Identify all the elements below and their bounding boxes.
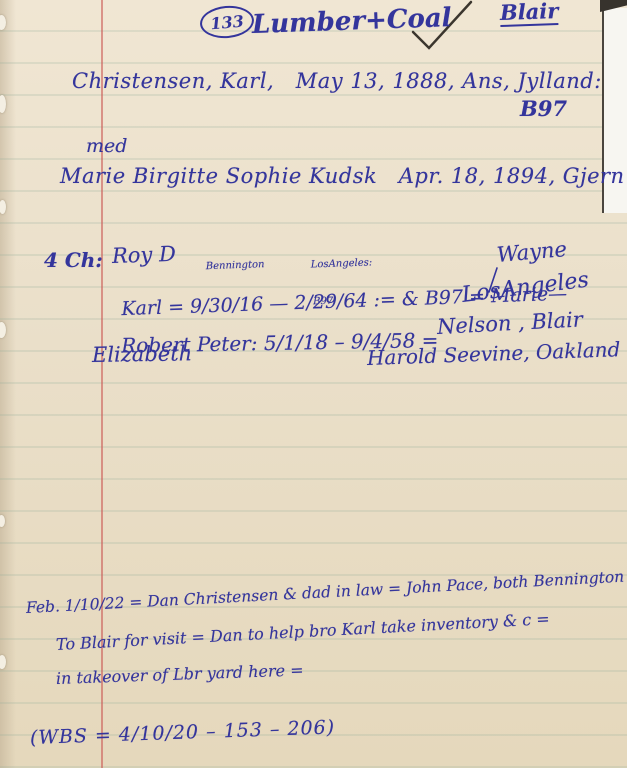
marriage-label: med	[86, 136, 127, 157]
business-heading: Lumber+Coal	[252, 4, 453, 40]
principal-ref: B97	[520, 97, 567, 120]
page-number: 133	[210, 11, 245, 33]
town-label: Blair	[500, 0, 559, 27]
notebook-page: 133 Lumber+Coal Blair Christensen, Karl,…	[0, 0, 627, 768]
child-name-elizabeth: Elizabeth	[92, 342, 193, 367]
child-note-bennington: Bennington	[206, 259, 265, 272]
child-note-losangeles: LosAngeles:	[311, 257, 373, 270]
spouse-name-line: Marie Birgitte Sophie Kudsk Apr. 18, 189…	[60, 165, 625, 188]
child-name-roy: Roy D	[112, 243, 177, 268]
note-line-2: To Blair for visit = Dan to help bro Kar…	[56, 610, 551, 653]
child-ref-b97: B97	[313, 296, 333, 307]
children-count-label: 4 Ch:	[44, 249, 103, 271]
torn-edge-mark	[0, 515, 5, 527]
torn-edge-mark	[0, 655, 6, 669]
source-reference: (WBS = 4/10/20 – 153 – 206)	[30, 717, 336, 749]
page-number-badge: 133	[199, 4, 256, 41]
torn-edge-mark	[0, 322, 6, 338]
torn-edge-mark	[0, 200, 6, 214]
principal-name-line: Christensen, Karl, May 13, 1888, Ans, Jy…	[72, 70, 602, 93]
torn-edge-mark	[0, 95, 6, 113]
torn-edge-mark	[0, 15, 6, 30]
note-line-3: in takeover of Lbr yard here =	[56, 661, 304, 687]
